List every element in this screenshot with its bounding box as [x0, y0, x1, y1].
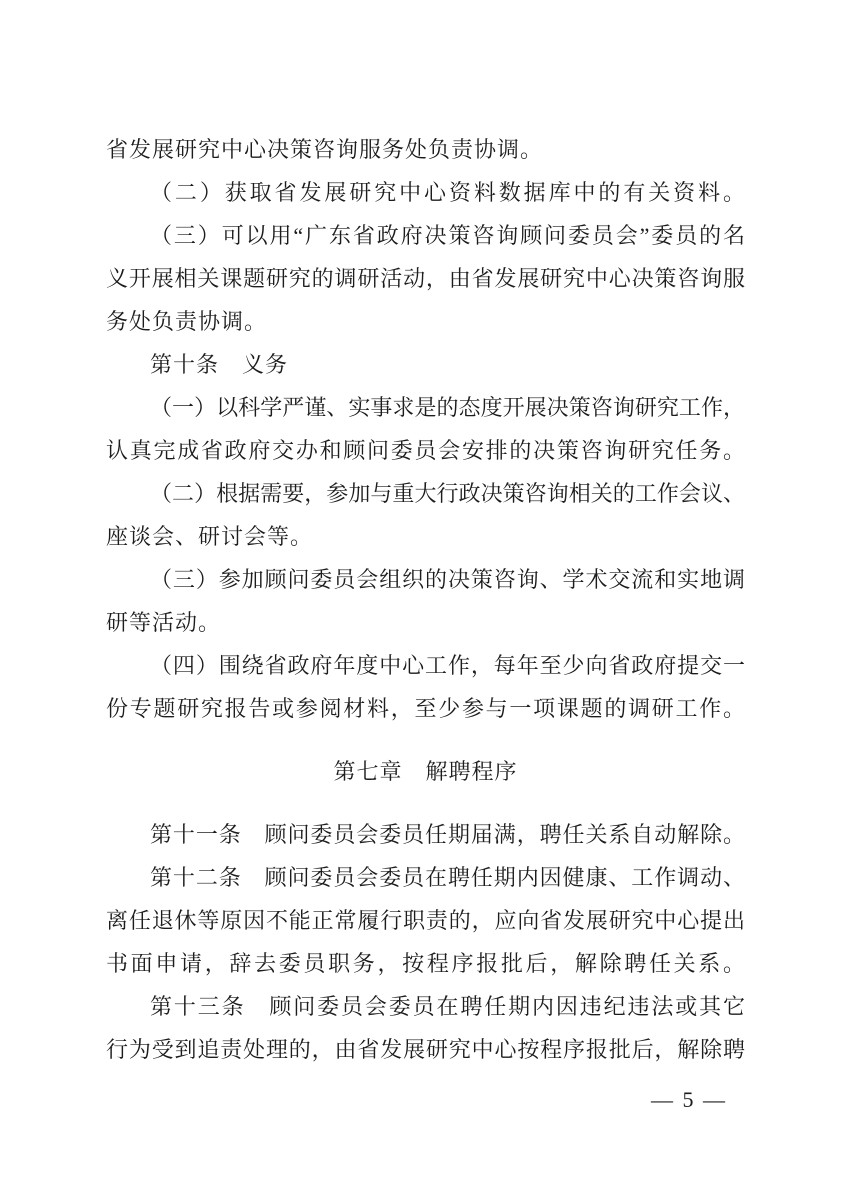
text-line: 座谈会、研讨会等。 [106, 515, 745, 558]
text-line: 行为受到追责处理的，由省发展研究中心按程序报批后，解除聘 [106, 1028, 745, 1071]
chapter-heading: 第七章 解聘程序 [106, 750, 745, 793]
page-body: 省发展研究中心决策咨询服务处负责协调。（二）获取省发展研究中心资料数据库中的有关… [106, 128, 745, 1121]
text-line: 研等活动。 [106, 601, 745, 644]
text-line: 第十一条 顾问委员会委员任期届满，聘任关系自动解除。 [106, 813, 745, 856]
text-line: 务处负责协调。 [106, 300, 745, 343]
text-line: 第十三条 顾问委员会委员在聘任期内因违纪违法或其它 [106, 985, 745, 1028]
text-line: 书面申请，辞去委员职务，按程序报批后，解除聘任关系。 [106, 942, 745, 985]
text-line: （二）获取省发展研究中心资料数据库中的有关资料。 [106, 171, 745, 214]
page-number: — 5 — [106, 1078, 745, 1121]
text-line: （四）围绕省政府年度中心工作，每年至少向省政府提交一 [106, 644, 745, 687]
text-line: （二）根据需要，参加与重大行政决策咨询相关的工作会议、 [106, 472, 745, 515]
document-page: 省发展研究中心决策咨询服务处负责协调。（二）获取省发展研究中心资料数据库中的有关… [0, 0, 850, 1202]
text-line: （三）参加顾问委员会组织的决策咨询、学术交流和实地调 [106, 558, 745, 601]
text-line: 份专题研究报告或参阅材料，至少参与一项课题的调研工作。 [106, 687, 745, 730]
text-line: （三）可以用“广东省政府决策咨询顾问委员会”委员的名 [106, 214, 745, 257]
text-line: 省发展研究中心决策咨询服务处负责协调。 [106, 128, 745, 171]
text-line: 第十条 义务 [106, 343, 745, 386]
text-line: 第十二条 顾问委员会委员在聘任期内因健康、工作调动、 [106, 856, 745, 899]
text-line: 义开展相关课题研究的调研活动，由省发展研究中心决策咨询服 [106, 257, 745, 300]
text-line: 离任退休等原因不能正常履行职责的，应向省发展研究中心提出 [106, 899, 745, 942]
text-line: 认真完成省政府交办和顾问委员会安排的决策咨询研究任务。 [106, 429, 745, 472]
text-line: （一）以科学严谨、实事求是的态度开展决策咨询研究工作， [106, 386, 745, 429]
